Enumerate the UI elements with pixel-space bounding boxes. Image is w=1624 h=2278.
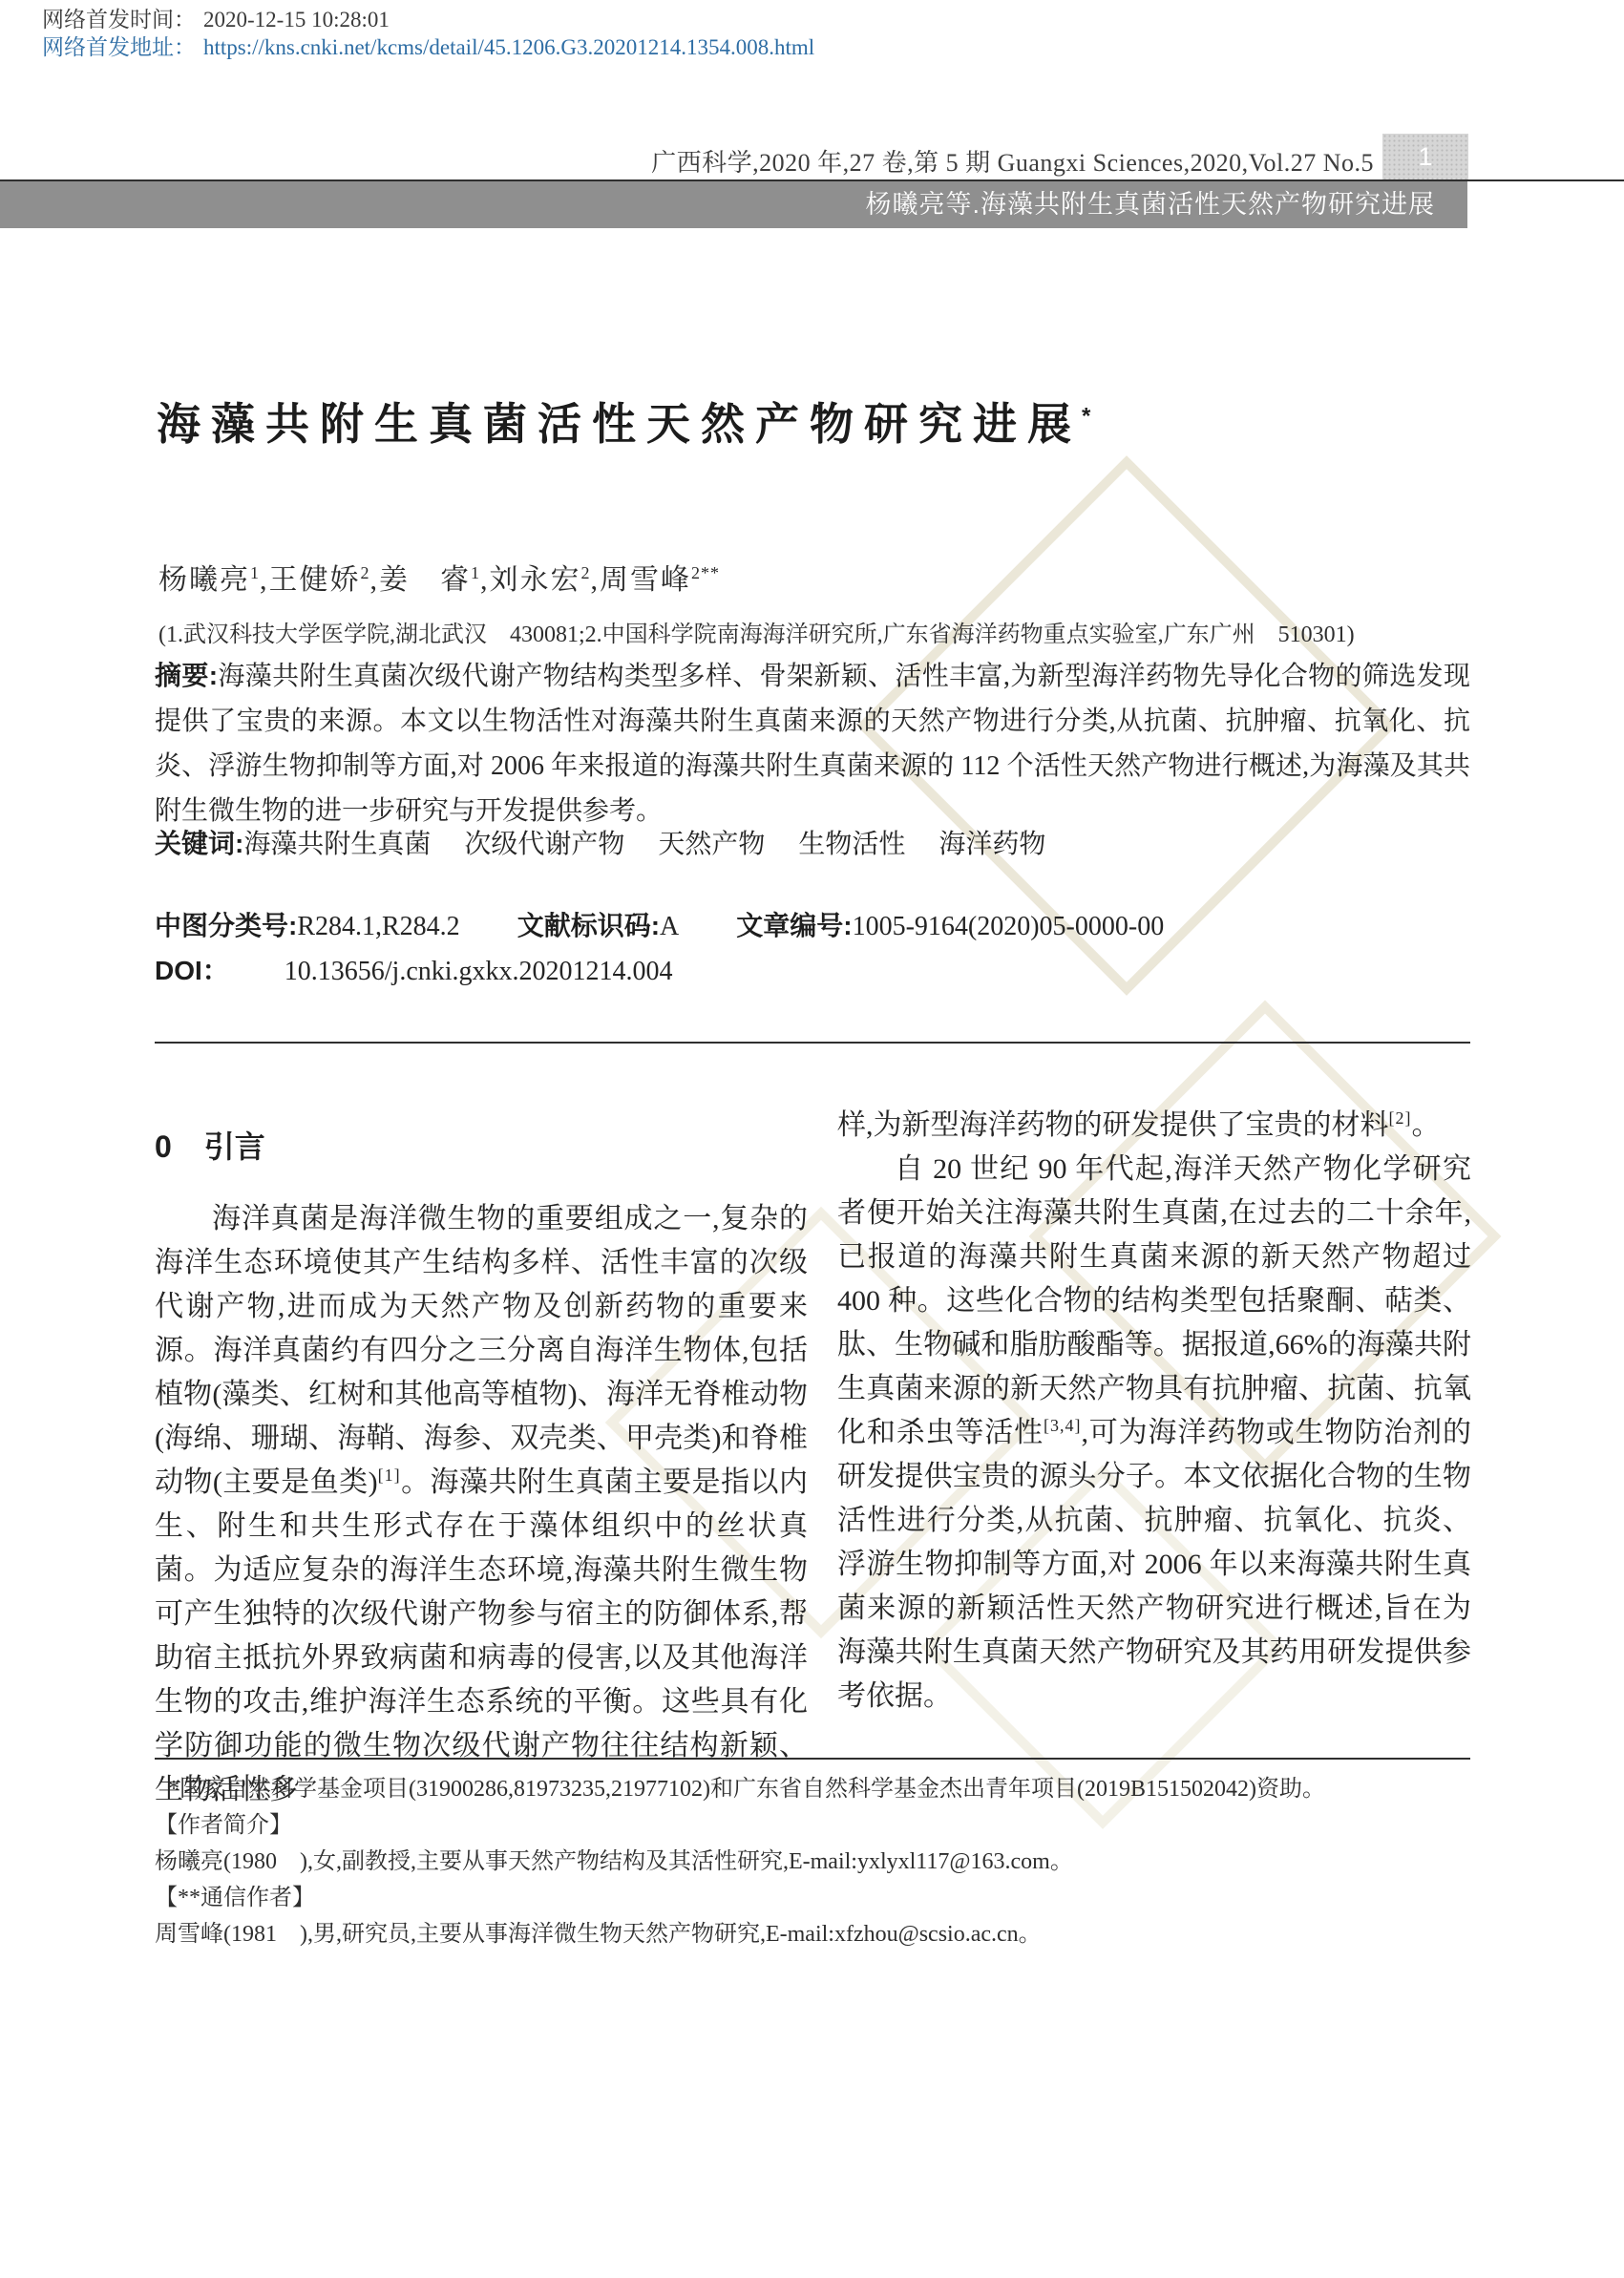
section-title: 引言 — [204, 1129, 265, 1164]
clc-item: 中图分类号:R284.1,R284.2 — [155, 905, 460, 943]
body-paragraph: 样,为新型海洋药物的研发提供了宝贵的材料[2]。 — [837, 1104, 1471, 1148]
footnote-rule — [155, 1758, 1470, 1760]
corresponding-author: 周雪峰(1981 ),男,研究员,主要从事海洋微生物天然产物研究,E-mail:… — [155, 1923, 1470, 1947]
abstract-label: 摘要: — [155, 661, 218, 690]
paper-page: 网络首发时间：2020-12-15 10:28:01 网络首发地址：https:… — [0, 0, 1624, 2278]
section-number: 0 — [155, 1129, 172, 1164]
article-no-label: 文章编号: — [736, 911, 852, 940]
funding-note: *国家自然科学基金项目(31900286,81973235,21977102)和… — [155, 1778, 1470, 1802]
section-divider-rule — [155, 1042, 1470, 1044]
prepublish-time-label: 网络首发时间： — [42, 8, 196, 32]
classification-row: 中图分类号:R284.1,R284.2 文献标识码:A 文章编号:1005-91… — [155, 905, 1164, 943]
article-no-value: 1005-9164(2020)05-0000-00 — [853, 912, 1165, 941]
keywords-list: 海藻共附生真菌 次级代谢产物 天然产物 生物活性 海洋药物 — [243, 830, 1045, 859]
prepublish-url-label: 网络首发地址： — [42, 35, 196, 59]
article-no-item: 文章编号:1005-9164(2020)05-0000-00 — [736, 905, 1164, 943]
author-bio-label: 【作者简介】 — [155, 1814, 1470, 1838]
prepublish-time-line: 网络首发时间：2020-12-15 10:28:01 — [42, 6, 814, 33]
doc-code-item: 文献标识码:A — [517, 905, 680, 943]
doi-value: 10.13656/j.cnki.gxkx.20201214.004 — [285, 957, 673, 986]
prepublish-url-link[interactable]: https://kns.cnki.net/kcms/detail/45.1206… — [203, 35, 814, 59]
keywords-line: 关键词:海藻共附生真菌 次级代谢产物 天然产物 生物活性 海洋药物 — [155, 823, 1045, 861]
prepublish-time-value: 2020-12-15 10:28:01 — [203, 8, 390, 32]
section-heading: 0引言 — [155, 1123, 808, 1167]
abstract-text: 海藻共附生真菌次级代谢产物结构类型多样、骨架新颖、活性丰富,为新型海洋药物先导化… — [155, 662, 1470, 826]
doc-code-value: A — [660, 912, 679, 941]
prepublish-url-line: 网络首发地址：https://kns.cnki.net/kcms/detail/… — [42, 33, 814, 61]
running-title-bar: 杨曦亮等.海藻共附生真菌活性天然产物研究进展 — [0, 181, 1467, 228]
doi-row: DOI：10.13656/j.cnki.gxkx.20201214.004 — [155, 950, 673, 988]
prepublish-info: 网络首发时间：2020-12-15 10:28:01 网络首发地址：https:… — [42, 6, 814, 61]
doc-code-label: 文献标识码: — [517, 911, 660, 940]
affiliation-line: (1.武汉科技大学医学院,湖北武汉 430081;2.中国科学院南海海洋研究所,… — [158, 615, 1355, 648]
abstract-block: 摘要:海藻共附生真菌次级代谢产物结构类型多样、骨架新颖、活性丰富,为新型海洋药物… — [155, 653, 1470, 833]
footnotes: *国家自然科学基金项目(31900286,81973235,21977102)和… — [155, 1778, 1470, 1959]
article-title: 海藻共附生真菌活性天然产物研究进展* — [157, 390, 1090, 453]
doi-label: DOI： — [155, 956, 229, 985]
corresponding-author-label: 【**通信作者】 — [155, 1887, 1470, 1910]
clc-label: 中图分类号: — [155, 911, 297, 940]
author-line: 杨曦亮1,王健娇2,姜 睿1,刘永宏2,周雪峰2** — [158, 556, 720, 598]
running-title: 杨曦亮等.海藻共附生真菌活性天然产物研究进展 — [865, 190, 1435, 219]
body-paragraph: 海洋真菌是海洋微生物的重要组成之一,复杂的海洋生态环境使其产生结构多样、活性丰富… — [155, 1197, 808, 1812]
right-column: 样,为新型海洋药物的研发提供了宝贵的材料[2]。 自 20 世纪 90 年代起,… — [837, 1104, 1471, 1719]
left-column: 0引言 海洋真菌是海洋微生物的重要组成之一,复杂的海洋生态环境使其产生结构多样、… — [155, 1123, 808, 1812]
page-number-box: 1 — [1382, 134, 1468, 179]
page-number: 1 — [1418, 142, 1432, 172]
clc-value: R284.1,R284.2 — [297, 912, 459, 941]
journal-citation: 广西科学,2020 年,27 卷,第 5 期 Guangxi Sciences,… — [651, 143, 1374, 179]
body-paragraph: 自 20 世纪 90 年代起,海洋天然产物化学研究者便开始关注海藻共附生真菌,在… — [837, 1148, 1471, 1719]
keywords-label: 关键词: — [155, 829, 243, 858]
author-bio: 杨曦亮(1980 ),女,副教授,主要从事天然产物结构及其活性研究,E-mail… — [155, 1850, 1470, 1874]
